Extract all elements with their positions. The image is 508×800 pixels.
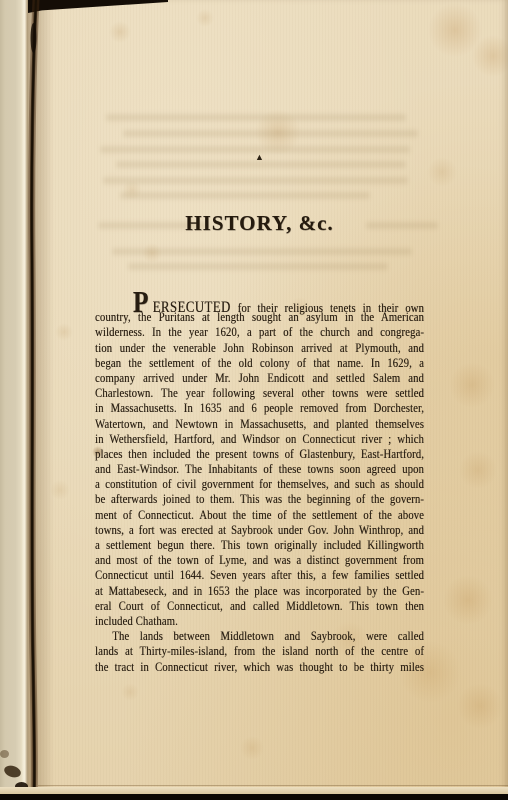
text-line: and East-Windsor. The Inhabitants of the… xyxy=(95,461,424,476)
text-line: a constitution of civil government for t… xyxy=(95,476,424,491)
text-line: P ERSECUTED for their religious tenets i… xyxy=(133,294,424,309)
text-line: wilderness. In the year 1620, a part of … xyxy=(95,324,424,339)
text-line: Charlestown. The year following several … xyxy=(95,385,424,400)
text-line: and most of the town of Lyme, and was a … xyxy=(95,552,424,567)
show-through-smudge xyxy=(112,248,412,255)
text-line: lands at Thirty-miles-island, from the i… xyxy=(95,643,424,658)
book-board-dark-band xyxy=(0,794,508,800)
text-line: Connecticut until 1644. Seven years afte… xyxy=(95,567,424,582)
show-through-smudge xyxy=(123,130,418,137)
page-bottom-edge xyxy=(0,787,508,794)
page-bottom-crease xyxy=(38,785,508,786)
text-line: in Massachusetts. In 1635 and 6 people r… xyxy=(95,400,424,415)
text-line: The lands between Middletown and Saybroo… xyxy=(95,628,424,643)
scanned-book-photo: ▲ HISTORY, &c. P ERSECUTED for their rel… xyxy=(0,0,508,800)
text-line: Watertown, and Newtown in Massachusetts,… xyxy=(95,416,424,431)
section-ornament-icon: ▲ xyxy=(95,152,424,162)
text-line: towns, a fort was erected at Saybrook un… xyxy=(95,522,424,537)
show-through-smudge xyxy=(120,192,370,199)
text-line: company arrived under Mr. John Endicott … xyxy=(95,370,424,385)
book-gutter-shadow xyxy=(24,0,42,794)
text-line: began the settlement of the old colony o… xyxy=(95,355,424,370)
drop-cap: P xyxy=(133,294,149,309)
page-title: HISTORY, &c. xyxy=(95,211,424,236)
text-line: places then included the present towns o… xyxy=(95,446,424,461)
text-line: included Chatham. xyxy=(95,613,424,628)
text-line: at Mattabeseck, and in 1653 the place wa… xyxy=(95,583,424,598)
book-page: ▲ HISTORY, &c. P ERSECUTED for their rel… xyxy=(28,0,508,794)
show-through-smudge xyxy=(106,114,406,121)
ink-blot xyxy=(3,764,23,780)
text-line: ment of Connecticut. About the time of t… xyxy=(95,507,424,522)
text-line: the tract in Connecticut river, which wa… xyxy=(95,659,424,674)
text-line: a settlement begun there. This town orig… xyxy=(95,537,424,552)
body-text: P ERSECUTED for their religious tenets i… xyxy=(95,294,424,674)
show-through-smudge xyxy=(116,161,406,168)
text-line: in Wethersfield, Hartford, and Windsor o… xyxy=(95,431,424,446)
text-line: eral Court of Connecticut, and called Mi… xyxy=(95,598,424,613)
ink-blot xyxy=(0,750,9,758)
show-through-smudge xyxy=(103,177,408,184)
text-line: tion under the venerable John Robinson a… xyxy=(95,340,424,355)
text-line: country, the Puritans at length sought a… xyxy=(95,309,424,324)
text-line: be afterwards joined to them. This was t… xyxy=(95,491,424,506)
show-through-smudge xyxy=(128,263,388,270)
